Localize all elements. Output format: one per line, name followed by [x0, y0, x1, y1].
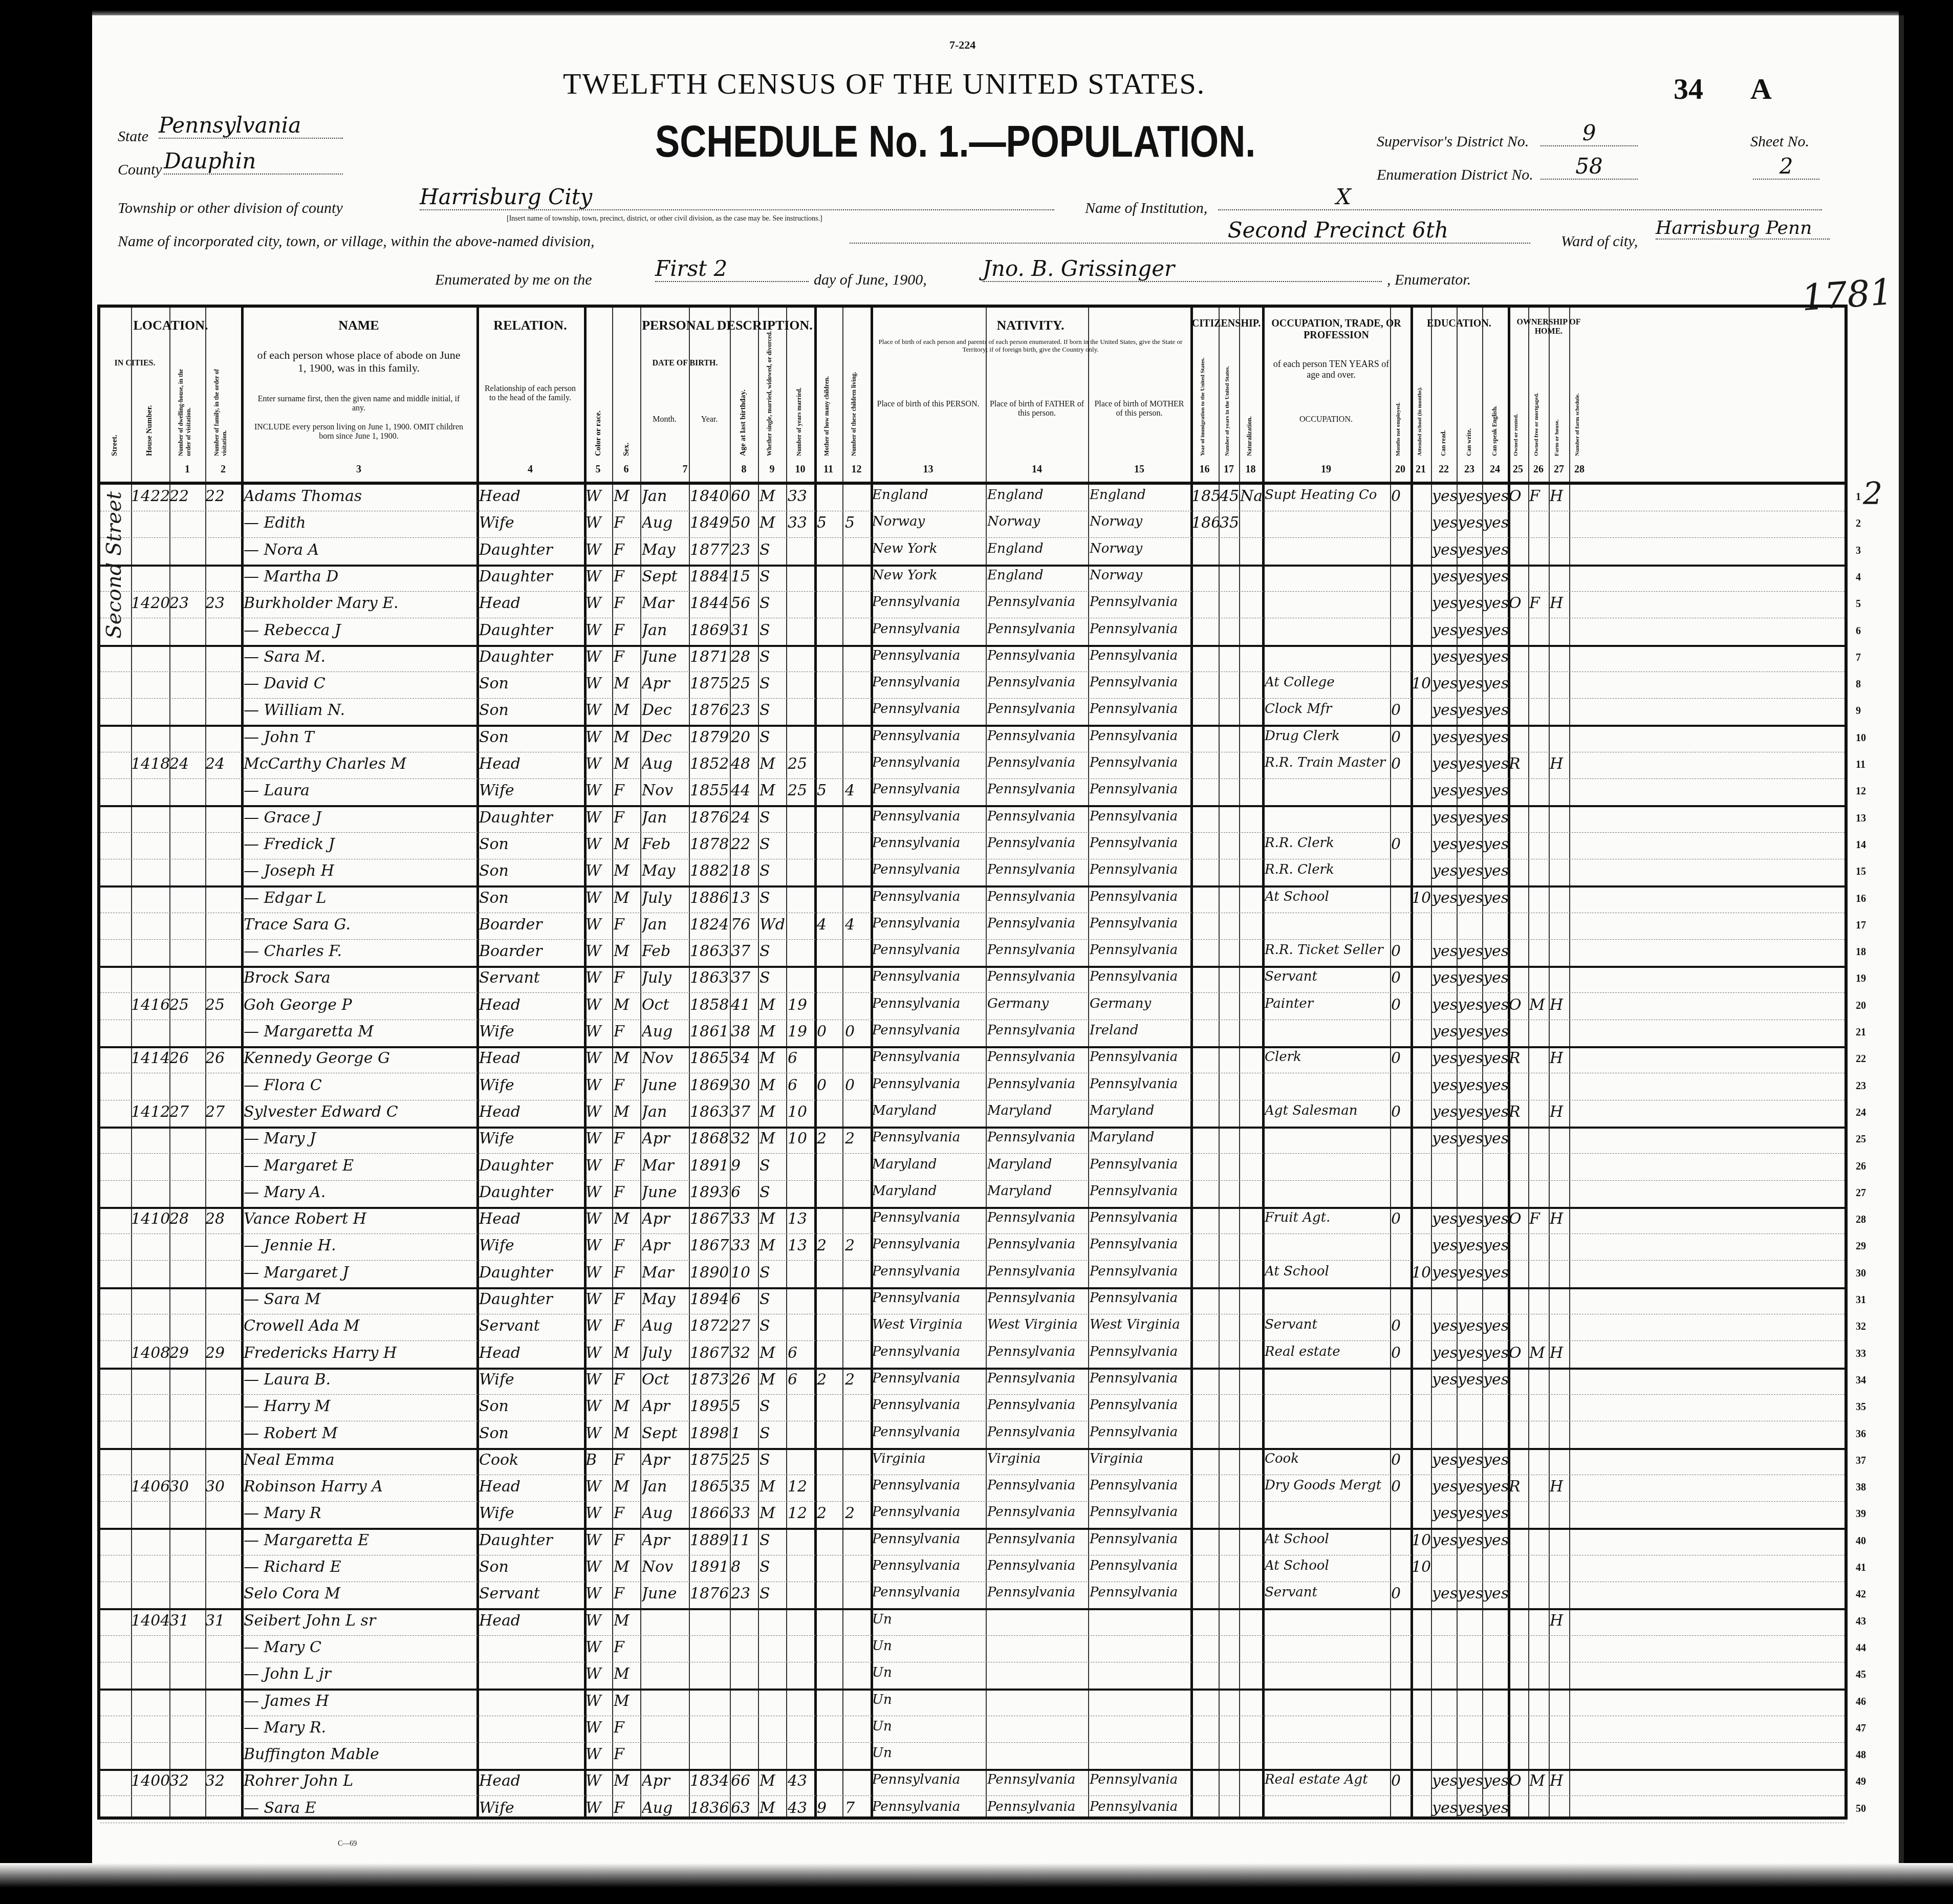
table-row: — Mary A.DaughterWFJune18936SMarylandMar…: [100, 1180, 1844, 1209]
sheet-no-label: Sheet No.: [1750, 133, 1809, 150]
cell-read: yes: [1432, 675, 1457, 693]
cell-marital: M: [759, 1371, 786, 1389]
cell-father: Pennsylvania: [987, 675, 1088, 690]
cell-age: 25: [731, 675, 758, 693]
cell-color: B: [585, 1451, 612, 1469]
cell-month: Oct: [642, 996, 689, 1014]
colnum-10: 10: [786, 464, 814, 475]
cell-name: — Mary J: [244, 1130, 476, 1148]
cell-birth: Pennsylvania: [872, 1424, 986, 1440]
cell-read: yes: [1432, 1799, 1457, 1817]
cell-mother-of: 5: [817, 782, 842, 799]
cell-write: yes: [1458, 1210, 1482, 1228]
cell-occupation: Dry Goods Mergt: [1265, 1478, 1390, 1493]
cell-birth: Un: [872, 1612, 986, 1627]
cell-sex: M: [614, 1210, 640, 1228]
table-row: 14003232Rohrer John LHeadWMApr183466M43P…: [100, 1769, 1844, 1796]
cell-color: W: [585, 701, 612, 719]
cell-marital: M: [759, 1023, 786, 1041]
cell-house: 1416: [131, 996, 169, 1014]
cell-marital: S: [759, 594, 786, 612]
cell-relation: Head: [479, 1103, 584, 1121]
cell-age: 37: [731, 942, 758, 960]
cell-mort: F: [1529, 594, 1549, 612]
cell-name: — Mary R.: [244, 1719, 476, 1737]
cell-sex: M: [614, 889, 640, 907]
line-number: 14: [1856, 839, 1866, 851]
cell-own: O: [1509, 996, 1528, 1014]
cell-color: W: [585, 1317, 612, 1335]
cell-mother: Pennsylvania: [1090, 1397, 1190, 1413]
cell-birth: Pennsylvania: [872, 1558, 986, 1573]
table-row: — Sara EWifeWFAug183663M4397Pennsylvania…: [100, 1796, 1844, 1823]
cell-birth: West Virginia: [872, 1317, 986, 1332]
cell-write: yes: [1458, 1237, 1482, 1254]
cell-name: — Richard E: [244, 1558, 476, 1576]
cell-name: Seibert John L sr: [244, 1612, 476, 1630]
cell-birth: Pennsylvania: [872, 675, 986, 690]
cell-occupation: Painter: [1265, 996, 1390, 1011]
cell-relation: Son: [479, 1558, 584, 1576]
cell-write: yes: [1458, 621, 1482, 639]
colnum-21: 21: [1410, 464, 1431, 475]
colnum-17: 17: [1219, 464, 1239, 475]
cell-name: — Sara M.: [244, 648, 476, 666]
cell-month: Apr: [642, 1531, 689, 1549]
cell-birth: Maryland: [872, 1157, 986, 1172]
cell-mother-of: 5: [817, 514, 842, 532]
cell-relation: Wife: [479, 514, 584, 532]
cell-name: Burkholder Mary E.: [244, 594, 476, 612]
colnum-23: 23: [1457, 464, 1482, 475]
cell-birth: Pennsylvania: [872, 701, 986, 717]
cell-year: 1849: [690, 514, 730, 532]
cell-marital: M: [759, 1344, 786, 1362]
cell-year: 1869: [690, 1076, 730, 1094]
header-in-cities: IN CITIES.: [100, 359, 169, 368]
cell-father: Pennsylvania: [987, 782, 1088, 797]
cell-mother: Pennsylvania: [1090, 1531, 1190, 1547]
cell-english: yes: [1483, 996, 1508, 1014]
population-table: LOCATION. IN CITIES. Street. House Numbe…: [97, 305, 1848, 1820]
cell-write: yes: [1458, 1799, 1482, 1817]
cell-unemp: 0: [1391, 755, 1410, 773]
cell-year: 1866: [690, 1504, 730, 1522]
cell-unemp: 0: [1391, 1344, 1410, 1362]
cell-father: Pennsylvania: [987, 969, 1088, 984]
cell-occupation: Fruit Agt.: [1265, 1210, 1390, 1225]
cell-age: 76: [731, 916, 758, 934]
cell-age: 48: [731, 755, 758, 773]
cell-name: Kennedy George G: [244, 1049, 476, 1067]
cell-read: yes: [1432, 487, 1457, 505]
cell-farm: H: [1550, 755, 1569, 773]
cell-mother: Pennsylvania: [1090, 1290, 1190, 1306]
line-number: 1: [1856, 491, 1861, 503]
cell-occupation: Agt Salesman: [1265, 1103, 1390, 1118]
cell-marital: S: [759, 675, 786, 693]
cell-father: Pennsylvania: [987, 1049, 1088, 1065]
cell-name: — Charles F.: [244, 942, 476, 960]
cell-mother: England: [1090, 487, 1190, 503]
cell-sex: F: [614, 809, 640, 827]
census-title: TWELFTH CENSUS OF THE UNITED STATES.: [563, 67, 1205, 101]
cell-year: 1889: [690, 1531, 730, 1549]
cell-write: yes: [1458, 514, 1482, 532]
cell-age: 30: [731, 1076, 758, 1094]
cell-age: 15: [731, 568, 758, 586]
line-number: 36: [1856, 1429, 1866, 1440]
cell-father: Pennsylvania: [987, 755, 1088, 770]
colnum-1: 1: [169, 464, 205, 475]
cell-name: Robinson Harry A: [244, 1478, 476, 1496]
cell-yrs-married: 12: [788, 1478, 814, 1496]
cell-color: W: [585, 1799, 612, 1817]
cell-mother: Pennsylvania: [1090, 1210, 1190, 1225]
table-row: — David CSonWMApr187525SPennsylvaniaPenn…: [100, 672, 1844, 699]
cell-occupation: Real estate: [1265, 1344, 1390, 1359]
cell-write: yes: [1458, 675, 1482, 693]
cell-english: yes: [1483, 782, 1508, 799]
cell-color: W: [585, 1397, 612, 1415]
cell-marital: S: [759, 835, 786, 853]
header-age: Age at last birthday.: [739, 369, 748, 456]
cell-own: R: [1509, 1478, 1528, 1496]
cell-relation: Servant: [479, 969, 584, 987]
cell-farm: H: [1550, 594, 1569, 612]
line-number: 9: [1856, 705, 1861, 717]
cell-living: 7: [845, 1799, 871, 1817]
cell-color: W: [585, 1157, 612, 1175]
cell-yrs-married: 25: [788, 782, 814, 799]
cell-relation: Daughter: [479, 1157, 584, 1175]
cell-own: R: [1509, 1103, 1528, 1121]
header-name-enter: Enter surname first, then the given name…: [254, 395, 464, 414]
cell-mort: M: [1529, 1344, 1549, 1362]
header-farm-schedule: Number of farm schedule.: [1574, 354, 1580, 456]
cell-month: Nov: [642, 1049, 689, 1067]
cell-marital: S: [759, 1585, 786, 1603]
cell-marital: S: [759, 1531, 786, 1549]
header-house-number: House Number.: [145, 384, 154, 456]
cell-year: 1863: [690, 942, 730, 960]
cell-write: yes: [1458, 1130, 1482, 1148]
cell-month: July: [642, 1344, 689, 1362]
header-date-of-birth: DATE OF BIRTH.: [640, 359, 730, 368]
cell-english: yes: [1483, 1103, 1508, 1121]
cell-age: 50: [731, 514, 758, 532]
header-mother-of: Mother of how many children.: [823, 354, 831, 456]
cell-living: 0: [845, 1076, 871, 1094]
colnum-12: 12: [842, 464, 871, 475]
cell-month: June: [642, 1183, 689, 1201]
cell-birth: Pennsylvania: [872, 1023, 986, 1038]
cell-age: 56: [731, 594, 758, 612]
cell-month: May: [642, 862, 689, 880]
cell-read: yes: [1432, 942, 1457, 960]
cell-sex: F: [614, 1451, 640, 1469]
cell-year: 1873: [690, 1371, 730, 1389]
header-can-speak-english: Can speak English.: [1491, 379, 1499, 456]
cell-birth: Pennsylvania: [872, 594, 986, 610]
cell-relation: Head: [479, 1049, 584, 1067]
cell-unemp: 0: [1391, 835, 1410, 853]
cell-father: Pennsylvania: [987, 1772, 1088, 1787]
cell-yrs-married: 33: [788, 514, 814, 532]
table-row: — Grace JDaughterWFJan187624SPennsylvani…: [100, 806, 1844, 833]
cell-sex: F: [614, 648, 640, 666]
cell-name: Sylvester Edward C: [244, 1103, 476, 1121]
header-nativity: NATIVITY.: [871, 318, 1190, 333]
table-row: — Rebecca JDaughterWFJan186931SPennsylva…: [100, 618, 1844, 647]
cell-age: 33: [731, 1504, 758, 1522]
cell-mother-of: 2: [817, 1130, 842, 1148]
header-ownership: OWNERSHIP OF HOME.: [1508, 318, 1590, 336]
cell-english: yes: [1483, 1478, 1508, 1496]
colnum-15: 15: [1088, 464, 1190, 475]
cell-dwelling: 30: [169, 1478, 205, 1496]
cell-occupation: At School: [1265, 1264, 1390, 1279]
county-value: Dauphin: [164, 148, 343, 175]
cell-color: W: [585, 1237, 612, 1254]
cell-dwelling: 27: [169, 1103, 205, 1121]
cell-mother: Pennsylvania: [1090, 648, 1190, 663]
cell-school: 10: [1412, 675, 1431, 693]
cell-sex: F: [614, 916, 640, 934]
header-month: Month.: [640, 415, 689, 424]
cell-yrs-married: 43: [788, 1772, 814, 1790]
cell-write: yes: [1458, 594, 1482, 612]
cell-own: R: [1509, 1049, 1528, 1067]
cell-color: W: [585, 621, 612, 639]
cell-color: W: [585, 487, 612, 505]
cell-month: Apr: [642, 1237, 689, 1254]
cell-occupation: Clock Mfr: [1265, 701, 1390, 717]
cell-name: — Rebecca J: [244, 621, 476, 639]
cell-read: yes: [1432, 1478, 1457, 1496]
cell-occupation: At College: [1265, 675, 1390, 690]
header-children-living: Number of these children living.: [850, 354, 858, 456]
cell-farm: H: [1550, 1049, 1569, 1067]
colnum-4: 4: [476, 464, 584, 475]
cell-living: 2: [845, 1130, 871, 1148]
cell-english: yes: [1483, 889, 1508, 907]
cell-age: 23: [731, 1585, 758, 1603]
cell-month: Aug: [642, 1023, 689, 1041]
header-year: Year.: [689, 415, 730, 424]
cell-name: — Mary A.: [244, 1183, 476, 1201]
cell-sex: M: [614, 1103, 640, 1121]
cell-age: 28: [731, 648, 758, 666]
cell-year: 1886: [690, 889, 730, 907]
cell-write: yes: [1458, 1451, 1482, 1469]
cell-relation: Wife: [479, 1076, 584, 1094]
cell-name: Brock Sara: [244, 969, 476, 987]
line-number: 41: [1856, 1562, 1866, 1574]
cell-read: yes: [1432, 1237, 1457, 1254]
cell-family: 32: [205, 1772, 241, 1790]
cell-english: yes: [1483, 1531, 1508, 1549]
cell-sex: M: [614, 1772, 640, 1790]
cell-relation: Wife: [479, 1371, 584, 1389]
line-number: 26: [1856, 1161, 1866, 1173]
cell-color: W: [585, 1585, 612, 1603]
cell-sex: F: [614, 1264, 640, 1282]
cell-mother: Pennsylvania: [1090, 942, 1190, 958]
cell-marital: S: [759, 1451, 786, 1469]
institution-value: X: [1218, 184, 1822, 210]
township-note: [Insert name of township, town, precinct…: [507, 215, 822, 223]
cell-english: yes: [1483, 1130, 1508, 1148]
cell-father: Pennsylvania: [987, 809, 1088, 824]
cell-age: 5: [731, 1397, 758, 1415]
cell-marital: S: [759, 1424, 786, 1442]
cell-marital: S: [759, 1317, 786, 1335]
cell-father: Pennsylvania: [987, 1424, 1088, 1440]
cell-read: yes: [1432, 1049, 1457, 1067]
cell-write: yes: [1458, 1531, 1482, 1549]
line-number: 46: [1856, 1696, 1866, 1708]
cell-mother-of: 0: [817, 1023, 842, 1041]
cell-month: Mar: [642, 594, 689, 612]
cell-write: yes: [1458, 1317, 1482, 1335]
cell-relation: Son: [479, 1397, 584, 1415]
cell-father: Pennsylvania: [987, 1531, 1088, 1547]
cell-mother: Pennsylvania: [1090, 809, 1190, 824]
line-number: 15: [1856, 866, 1866, 878]
cell-father: Pennsylvania: [987, 862, 1088, 877]
form-code: C—69: [338, 1840, 357, 1848]
cell-color: W: [585, 1612, 612, 1630]
cell-own: O: [1509, 1210, 1528, 1228]
line-number: 8: [1856, 679, 1861, 690]
colnum-6: 6: [612, 464, 640, 475]
table-row: — Richard ESonWMNov18918SPennsylvaniaPen…: [100, 1555, 1844, 1582]
cell-father: Pennsylvania: [987, 1023, 1088, 1038]
line-number: 31: [1856, 1294, 1866, 1306]
cell-father: England: [987, 487, 1088, 503]
cell-marital: M: [759, 1237, 786, 1254]
cell-english: yes: [1483, 862, 1508, 880]
enumerated-suffix: day of June, 1900,: [814, 271, 927, 289]
cell-farm: H: [1550, 1103, 1569, 1121]
line-number: 44: [1856, 1642, 1866, 1654]
cell-own: O: [1509, 487, 1528, 505]
cell-month: Nov: [642, 782, 689, 799]
table-row: 14202323Burkholder Mary E.HeadWFMar18445…: [100, 591, 1844, 618]
colnum-18: 18: [1239, 464, 1262, 475]
cell-sex: M: [614, 1612, 640, 1630]
colnum-2: 2: [205, 464, 241, 475]
cell-father: Norway: [987, 514, 1088, 529]
cell-month: Jan: [642, 1478, 689, 1496]
cell-name: — Sara E: [244, 1799, 476, 1817]
cell-dwelling: 22: [169, 487, 205, 505]
cell-father: Pennsylvania: [987, 1504, 1088, 1520]
cell-mother: Pennsylvania: [1090, 701, 1190, 717]
cell-yrs-married: 19: [788, 1023, 814, 1041]
cell-age: 20: [731, 728, 758, 746]
cell-year: 1898: [690, 1424, 730, 1442]
incorporated-value: Second Precinct 6th: [850, 218, 1530, 244]
table-row: — Charles F.BoarderWMFeb186337SPennsylva…: [100, 939, 1844, 968]
cell-age: 37: [731, 969, 758, 987]
cell-father: Pennsylvania: [987, 648, 1088, 663]
cell-write: yes: [1458, 1344, 1482, 1362]
cell-age: 66: [731, 1772, 758, 1790]
cell-age: 44: [731, 782, 758, 799]
cell-sex: F: [614, 1371, 640, 1389]
cell-read: yes: [1432, 1451, 1457, 1469]
cell-name: Trace Sara G.: [244, 916, 476, 934]
cell-year: 1865: [690, 1049, 730, 1067]
cell-mother: Pennsylvania: [1090, 755, 1190, 770]
cell-mother: Pennsylvania: [1090, 1585, 1190, 1600]
cell-english: yes: [1483, 835, 1508, 853]
cell-name: — Flora C: [244, 1076, 476, 1094]
cell-month: July: [642, 889, 689, 907]
cell-dwelling: 32: [169, 1772, 205, 1790]
cell-father: Pennsylvania: [987, 835, 1088, 851]
cell-age: 27: [731, 1317, 758, 1335]
table-row: — Margaret JDaughterWFMar189010SPennsylv…: [100, 1261, 1844, 1289]
cell-color: W: [585, 568, 612, 586]
cell-father: Pennsylvania: [987, 621, 1088, 637]
cell-mother: Norway: [1090, 568, 1190, 583]
cell-living: 2: [845, 1371, 871, 1389]
cell-mother: Pennsylvania: [1090, 1076, 1190, 1092]
cell-house: 1404: [131, 1612, 169, 1630]
line-number: 5: [1856, 598, 1861, 610]
cell-read: yes: [1432, 996, 1457, 1014]
cell-father: Pennsylvania: [987, 1478, 1088, 1493]
header-naturalization: Naturalization.: [1246, 384, 1253, 456]
cell-english: yes: [1483, 1076, 1508, 1094]
cell-mother: Pennsylvania: [1090, 1049, 1190, 1065]
cell-father: Pennsylvania: [987, 1799, 1088, 1814]
table-row: — Mary RWifeWFAug186633M1222Pennsylvania…: [100, 1501, 1844, 1530]
cell-birth: Un: [872, 1638, 986, 1654]
cell-occupation: Servant: [1265, 1317, 1390, 1332]
colnum-3: 3: [241, 464, 476, 475]
line-number: 22: [1856, 1053, 1866, 1065]
line-number: 39: [1856, 1508, 1866, 1520]
cell-month: Dec: [642, 728, 689, 746]
cell-farm: H: [1550, 1210, 1569, 1228]
cell-read: yes: [1432, 1504, 1457, 1522]
colnum-27: 27: [1549, 464, 1569, 475]
cell-birth: Pennsylvania: [872, 889, 986, 904]
cell-mother: Pennsylvania: [1090, 675, 1190, 690]
cell-marital: S: [759, 568, 786, 586]
table-row: Crowell Ada MServantWFAug187227SWest Vir…: [100, 1314, 1844, 1341]
cell-mother: Pennsylvania: [1090, 1478, 1190, 1493]
cell-sex: M: [614, 728, 640, 746]
cell-father: Pennsylvania: [987, 1344, 1088, 1359]
cell-birth: Pennsylvania: [872, 648, 986, 663]
cell-english: yes: [1483, 487, 1508, 505]
cell-relation: Daughter: [479, 1531, 584, 1549]
cell-age: 10: [731, 1264, 758, 1282]
cell-name: — Edith: [244, 514, 476, 532]
cell-read: yes: [1432, 1076, 1457, 1094]
table-row: — Jennie H.WifeWFApr186733M1322Pennsylva…: [100, 1234, 1844, 1261]
header-name: NAME: [241, 318, 476, 333]
cell-father: Pennsylvania: [987, 916, 1088, 931]
cell-year: 1891: [690, 1558, 730, 1576]
cell-color: W: [585, 942, 612, 960]
header-nativity-desc: Place of birth of each person and parent…: [876, 338, 1185, 354]
